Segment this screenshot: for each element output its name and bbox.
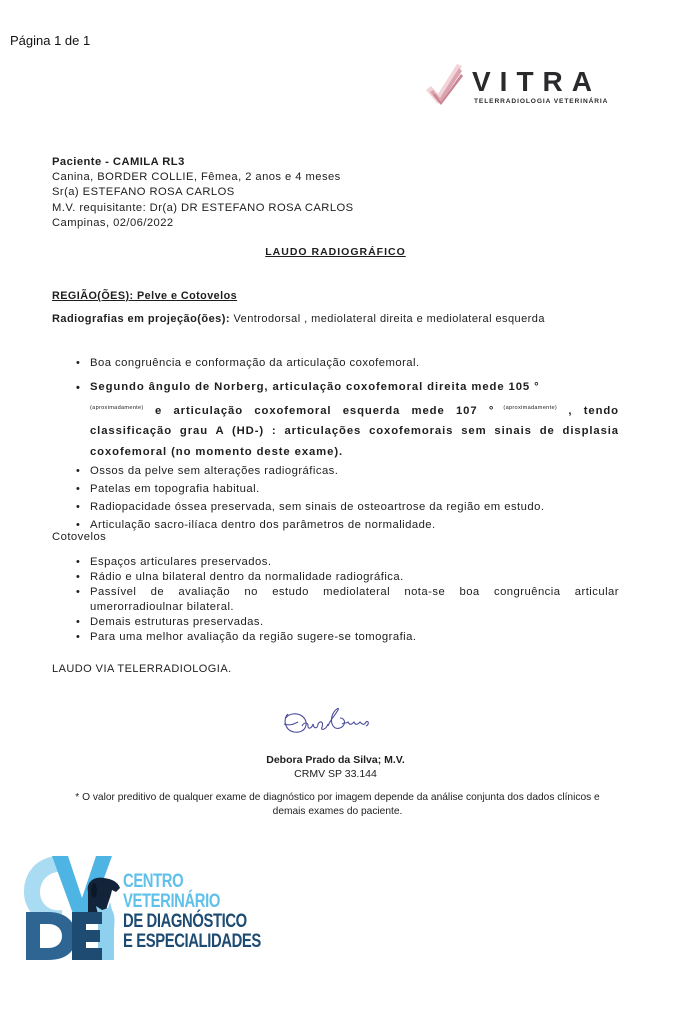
pelvis-findings-list: Boa congruência e conformação da articul… <box>76 355 619 534</box>
list-item: Patelas em topografia habitual. <box>76 481 619 499</box>
list-item: Boa congruência e conformação da articul… <box>76 355 619 373</box>
cvde-clinic-logo: CENTRO VETERINÁRIO DE DIAGNÓSTICO E ESPE… <box>22 852 267 964</box>
cvde-clinic-name: CENTRO VETERINÁRIO DE DIAGNÓSTICO E ESPE… <box>123 872 261 952</box>
report-projections: Radiografias em projeção(ões): Ventrodor… <box>52 313 620 325</box>
report-regions: REGIÃO(ÕES): Pelve e Cotovelos <box>52 290 620 302</box>
vitra-checkmark-icon <box>424 62 464 108</box>
list-item: Ossos da pelve sem alterações radiográfi… <box>76 463 619 481</box>
telerradiology-note: LAUDO VIA TELERRADIOLOGIA. <box>52 663 620 675</box>
list-item: Demais estruturas preservadas. <box>76 615 619 630</box>
vitra-tagline: TELERRADIOLOGIA VETERINÁRIA <box>474 98 608 105</box>
list-item: Passível de avaliação no estudo mediolat… <box>76 585 619 615</box>
cvde-monogram-icon <box>22 852 122 964</box>
list-item: Espaços articulares preservados. <box>76 555 619 570</box>
disclaimer: * O valor preditivo de qualquer exame de… <box>60 791 615 819</box>
signer-crmv: CRMV SP 33.144 <box>0 768 671 780</box>
signature-image <box>280 704 375 738</box>
approx-note: (aproximadamente) <box>494 405 557 411</box>
vitra-wordmark: VITRA <box>472 68 601 96</box>
list-item-norberg: Segundo ângulo de Norberg, articulação c… <box>76 377 619 464</box>
vitra-logo: VITRA TELERRADIOLOGIA VETERINÁRIA <box>424 60 614 110</box>
projections-value: Ventrodorsal , mediolateral direita e me… <box>230 313 545 325</box>
signer-name: Debora Prado da Silva; M.V. <box>0 754 671 766</box>
patient-details: Canina, BORDER COLLIE, Fêmea, 2 anos e 4… <box>52 170 620 185</box>
elbows-section-label: Cotovelos <box>52 531 620 543</box>
projections-label: Radiografias em projeção(ões): <box>52 313 230 325</box>
requesting-vet: M.V. requisitante: Dr(a) DR ESTEFANO ROS… <box>52 201 620 216</box>
patient-name: Paciente - CAMILA RL3 <box>52 155 620 170</box>
place-date: Campinas, 02/06/2022 <box>52 216 620 231</box>
patient-owner: Sr(a) ESTEFANO ROSA CARLOS <box>52 185 620 200</box>
list-item: Radiopacidade óssea preservada, sem sina… <box>76 499 619 517</box>
patient-info: Paciente - CAMILA RL3 Canina, BORDER COL… <box>52 155 620 231</box>
report-title: LAUDO RADIOGRÁFICO <box>0 246 671 258</box>
elbow-findings-list: Espaços articulares preservados. Rádio e… <box>76 555 619 645</box>
page-indicator: Página 1 de 1 <box>10 33 90 48</box>
list-item: Para uma melhor avaliação da região suge… <box>76 630 619 645</box>
list-item: Rádio e ulna bilateral dentro da normali… <box>76 570 619 585</box>
approx-note: (aproximadamente) <box>90 405 144 411</box>
